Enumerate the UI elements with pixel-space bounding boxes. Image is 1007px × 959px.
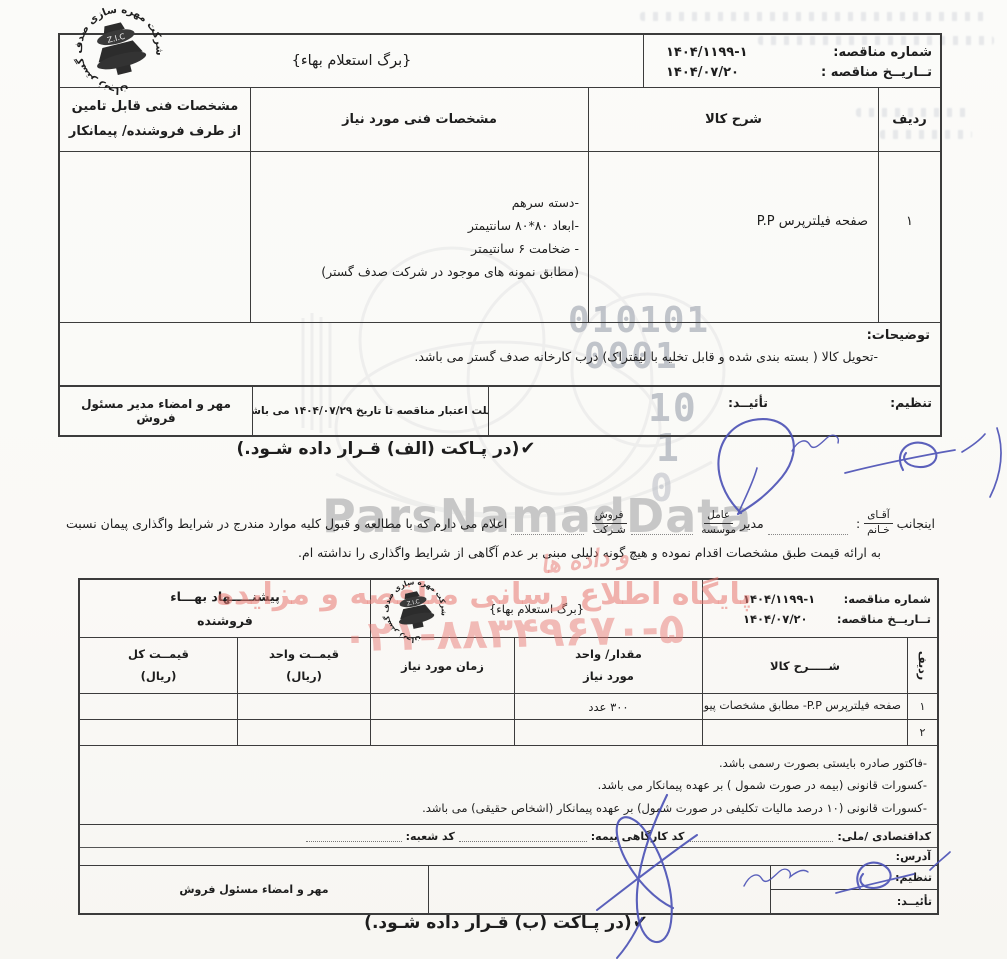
condition-note-line: -کسورات قانونی (بیمه در صورت شمول ) بر ع… xyxy=(90,774,927,796)
declaration-line-2: به ارائه قیمت طبق مشخصات اقدام نموده و ه… xyxy=(62,545,935,560)
dotted-blank-branch-code xyxy=(306,830,402,842)
tender-number-label: شماره مناقصه: xyxy=(844,592,931,606)
tender-meta-block-2: شماره مناقصه: ۱۴۰۴/۱۱۹۹-۱ تــاریــخ مناق… xyxy=(702,580,937,637)
col-header-total-price: قیمــت کل (ریال) xyxy=(80,638,237,693)
tender-date-label: تــاریــخ مناقصه : xyxy=(821,65,932,80)
form-title-cell: {برگ استعلام بهاء} xyxy=(60,35,643,87)
row-number-cell: ۱ xyxy=(878,152,940,322)
item-description-cell: صفحه فیلترپرس P.P- مطابق مشخصات پیوستی xyxy=(702,694,907,719)
condition-note-line: -کسورات قانونی (۱۰ درصد مالیات تکلیفی در… xyxy=(90,797,927,819)
approved-label: تأئیــد: xyxy=(728,395,768,410)
required-specs-cell: -دسته سرهم -ابعاد ۸۰*۸۰ سانتیمتر - ضخامت… xyxy=(250,152,588,322)
col-header-item-description-2: شـــــرح کالا xyxy=(702,638,907,693)
validity-text-tail: می باشد. xyxy=(252,405,290,417)
remarks-label: توضیحات: xyxy=(70,328,930,343)
condition-note-line: -فاکتور صادره بایستی بصورت رسمی باشد. xyxy=(90,752,927,774)
spec-line: -ابعاد ۸۰*۸۰ سانتیمتر xyxy=(251,214,579,237)
insurance-code-label: کد کارگاهی بیمه: xyxy=(591,830,685,843)
row-number-cell: ۱ xyxy=(907,694,937,719)
form-title-cell-2: {برگ استعلام بهاء} xyxy=(370,580,702,637)
conditions-notes-cell: -فاکتور صادره بایستی بصورت رسمی باشد. -ک… xyxy=(80,746,937,824)
mr-mrs-stack: آقـای خـانم xyxy=(864,509,892,536)
tender-meta-block: شماره مناقصه: ۱۴۰۴/۱۱۹۹-۱ تــاریــخ مناق… xyxy=(643,35,940,87)
proposal-label-2: فروشنده xyxy=(197,609,253,633)
remarks-cell: توضیحات: -تحویل کالا ( بسته بندی شده و ق… xyxy=(60,323,940,385)
col-header-required-time: زمان مورد نیاز xyxy=(370,638,514,693)
dotted-blank-insurance-code xyxy=(459,830,587,842)
institute-label: موسسه xyxy=(701,524,736,537)
approved-label: تأئیــد: xyxy=(897,895,932,908)
scanned-price-inquiry-form: 010101 0001 10 1 0 ParsNamadData پایگاه … xyxy=(0,0,1007,959)
colon: : xyxy=(856,516,860,531)
quantity-cell-empty xyxy=(514,720,702,745)
ceo-institute-stack: عامل موسسه xyxy=(701,509,736,536)
branch-code-label: کد شعبه: xyxy=(406,830,455,843)
total-price-cell-empty xyxy=(80,720,237,745)
dotted-blank-company xyxy=(631,534,694,535)
validity-date: ۱۴۰۴/۰۷/۲۹ xyxy=(293,405,352,417)
declaration-intro: اینجانب xyxy=(897,516,935,531)
stamp-signature-label: مهر و امضاء مسئول فروش xyxy=(179,883,328,896)
form-title-2: {برگ استعلام بهاء} xyxy=(489,602,584,616)
inquiry-table-top: شماره مناقصه: ۱۴۰۴/۱۱۹۹-۱ تــاریــخ مناق… xyxy=(58,33,942,437)
col-header-required-specs: مشخصات فنی مورد نیاز xyxy=(250,88,588,151)
declaration-line-1: اینجانب آقـای خـانم : مدیر عامل موسسه فر… xyxy=(62,506,935,540)
manager-word: مدیر xyxy=(740,516,764,531)
prepared-approved-cell-2: تنظیم: تأئیــد: xyxy=(770,866,937,913)
tender-date-label: تــاریــخ مناقصه: xyxy=(837,612,931,626)
mr-label: آقـای xyxy=(864,509,892,523)
prepared-row: تنظیم: xyxy=(771,866,937,890)
col-header-label: مورد نیاز xyxy=(583,666,634,688)
declaration-tail: اعلام می دارم که با مطالعه و قبول کلیه م… xyxy=(66,516,507,531)
sales-label: فروش xyxy=(592,509,627,523)
col-header-label: قیمــت کل xyxy=(128,644,189,666)
tender-date-value: ۱۴۰۴/۰۷/۲۰ xyxy=(743,612,808,626)
col-header-label: قیمــت واحد xyxy=(269,644,339,666)
prepared-label: تنظیم: xyxy=(895,871,932,884)
tender-date-value: ۱۴۰۴/۰۷/۲۰ xyxy=(666,65,739,80)
stamp-signature-cell: مهر و امضاء مدیر مسئول فروش xyxy=(60,387,252,435)
col-header-row-number-2: ردیف xyxy=(907,638,937,693)
dotted-blank-economic-code xyxy=(688,830,833,842)
col-header-label: مقدار/ واحد xyxy=(575,644,642,666)
col-header-label: زمان مورد نیاز xyxy=(401,659,484,673)
proposal-label-1: پیشنـــــهاد بهـــاء xyxy=(170,585,280,609)
unit-price-cell-empty xyxy=(237,720,370,745)
price-offer-table-bottom: شماره مناقصه: ۱۴۰۴/۱۱۹۹-۱ تــاریــخ مناق… xyxy=(78,578,939,915)
total-price-cell-empty xyxy=(80,694,237,719)
col-header-label: مشخصات فنی مورد نیاز xyxy=(342,112,497,127)
tender-number-value: ۱۴۰۴/۱۱۹۹-۱ xyxy=(666,45,748,60)
address-row: آدرس: xyxy=(80,848,937,865)
prepared-label: تنظیم: xyxy=(890,395,932,410)
dotted-blank-extra xyxy=(511,534,583,535)
stamp-signature-cell-2: مهر و امضاء مسئول فروش xyxy=(80,866,428,913)
supplier-specs-cell-empty xyxy=(60,152,250,322)
form-title: {برگ استعلام بهاء} xyxy=(292,53,412,69)
dotted-blank-name xyxy=(768,534,848,535)
sales-company-stack: فروش شـرکت xyxy=(592,509,627,536)
address-label: آدرس: xyxy=(896,850,931,863)
envelope-a-instruction: ✔(در پـاکت (الف) قـرار داده شـود.) xyxy=(233,438,539,459)
row-number: ۱ xyxy=(920,700,926,713)
economic-code-label: کداقتصادی /ملی: xyxy=(837,830,931,843)
row-number: ۱ xyxy=(906,214,913,229)
item-description-cell-empty xyxy=(702,720,907,745)
col-header-label: ردیف xyxy=(916,651,929,680)
col-header-label: مشخصات فنی قابل تامین xyxy=(72,95,239,120)
codes-row: کداقتصادی /ملی: کد کارگاهی بیمه: کد شعبه… xyxy=(80,825,937,848)
col-header-label: (ریال) xyxy=(286,666,322,688)
item-description: صفحه فیلترپرس P.P xyxy=(757,214,868,229)
tender-number-value: ۱۴۰۴/۱۱۹۹-۱ xyxy=(743,592,815,606)
approved-row: تأئیــد: xyxy=(771,890,937,913)
bleedthrough-text-line xyxy=(640,12,990,21)
col-header-row-number: ردیف xyxy=(878,88,940,151)
row-number: ۲ xyxy=(920,726,926,739)
row-number-cell: ۲ xyxy=(907,720,937,745)
item-description-cell: صفحه فیلترپرس P.P xyxy=(588,152,878,322)
time-cell-empty xyxy=(370,694,514,719)
checkmark-icon: ✔ xyxy=(633,912,648,933)
envelope-a-text: (در پـاکت (الف) قـرار داده شـود.) xyxy=(236,439,519,459)
checkmark-icon: ✔ xyxy=(520,438,535,459)
col-header-label: شرح کالا xyxy=(705,112,762,127)
col-header-label: از طرف فروشنده/ پیمانکار xyxy=(69,120,241,145)
prepared-approved-cell: تنظیم: تأئیــد: xyxy=(488,387,940,435)
spec-line: - ضخامت ۶ سانتیمتر xyxy=(251,237,579,260)
col-header-label: شـــــرح کالا xyxy=(770,659,840,673)
remarks-line: -تحویل کالا ( بسته بندی شده و قابل تخلیه… xyxy=(70,343,930,364)
envelope-b-text: (در پـاکت (ب) قـرار داده شـود.) xyxy=(364,913,632,933)
col-header-item-description: شرح کالا xyxy=(588,88,878,151)
ceo-label: عامل xyxy=(704,509,733,523)
quantity-cell: ۳۰۰ عدد xyxy=(514,694,702,719)
unit-price-cell-empty xyxy=(237,694,370,719)
tender-number-label: شماره مناقصه: xyxy=(833,45,932,60)
validity-text: مهلت اعتبار مناقصه تا تاریخ xyxy=(356,405,488,417)
col-header-label: (ریال) xyxy=(141,666,177,688)
col-header-supplier-specs: مشخصات فنی قابل تامین از طرف فروشنده/ پی… xyxy=(60,88,250,151)
envelope-b-instruction: ✔(در پـاکت (ب) قـرار داده شـود.) xyxy=(356,912,656,933)
signature-space-cell xyxy=(428,866,770,913)
col-header-quantity-unit: مقدار/ واحد مورد نیاز xyxy=(514,638,702,693)
mrs-label: خـانم xyxy=(867,524,890,537)
col-header-unit-price: قیمــت واحد (ریال) xyxy=(237,638,370,693)
declaration-block: اینجانب آقـای خـانم : مدیر عامل موسسه فر… xyxy=(62,506,935,560)
stamp-signature-label: مهر و امضاء مدیر مسئول فروش xyxy=(60,397,252,425)
seller-proposal-header: پیشنـــــهاد بهـــاء فروشنده xyxy=(80,580,370,637)
col-header-label: ردیف xyxy=(892,112,927,127)
time-cell-empty xyxy=(370,720,514,745)
item-description: صفحه فیلترپرس P.P- مطابق مشخصات پیوستی xyxy=(702,699,901,712)
validity-cell: مهلت اعتبار مناقصه تا تاریخ ۱۴۰۴/۰۷/۲۹ م… xyxy=(252,387,488,435)
spec-line: (مطابق نمونه های موجود در شرکت صدف گستر) xyxy=(251,260,579,283)
spec-line: -دسته سرهم xyxy=(251,191,579,214)
quantity-value: ۳۰۰ عدد xyxy=(588,700,628,714)
company-label: شـرکت xyxy=(593,524,626,537)
